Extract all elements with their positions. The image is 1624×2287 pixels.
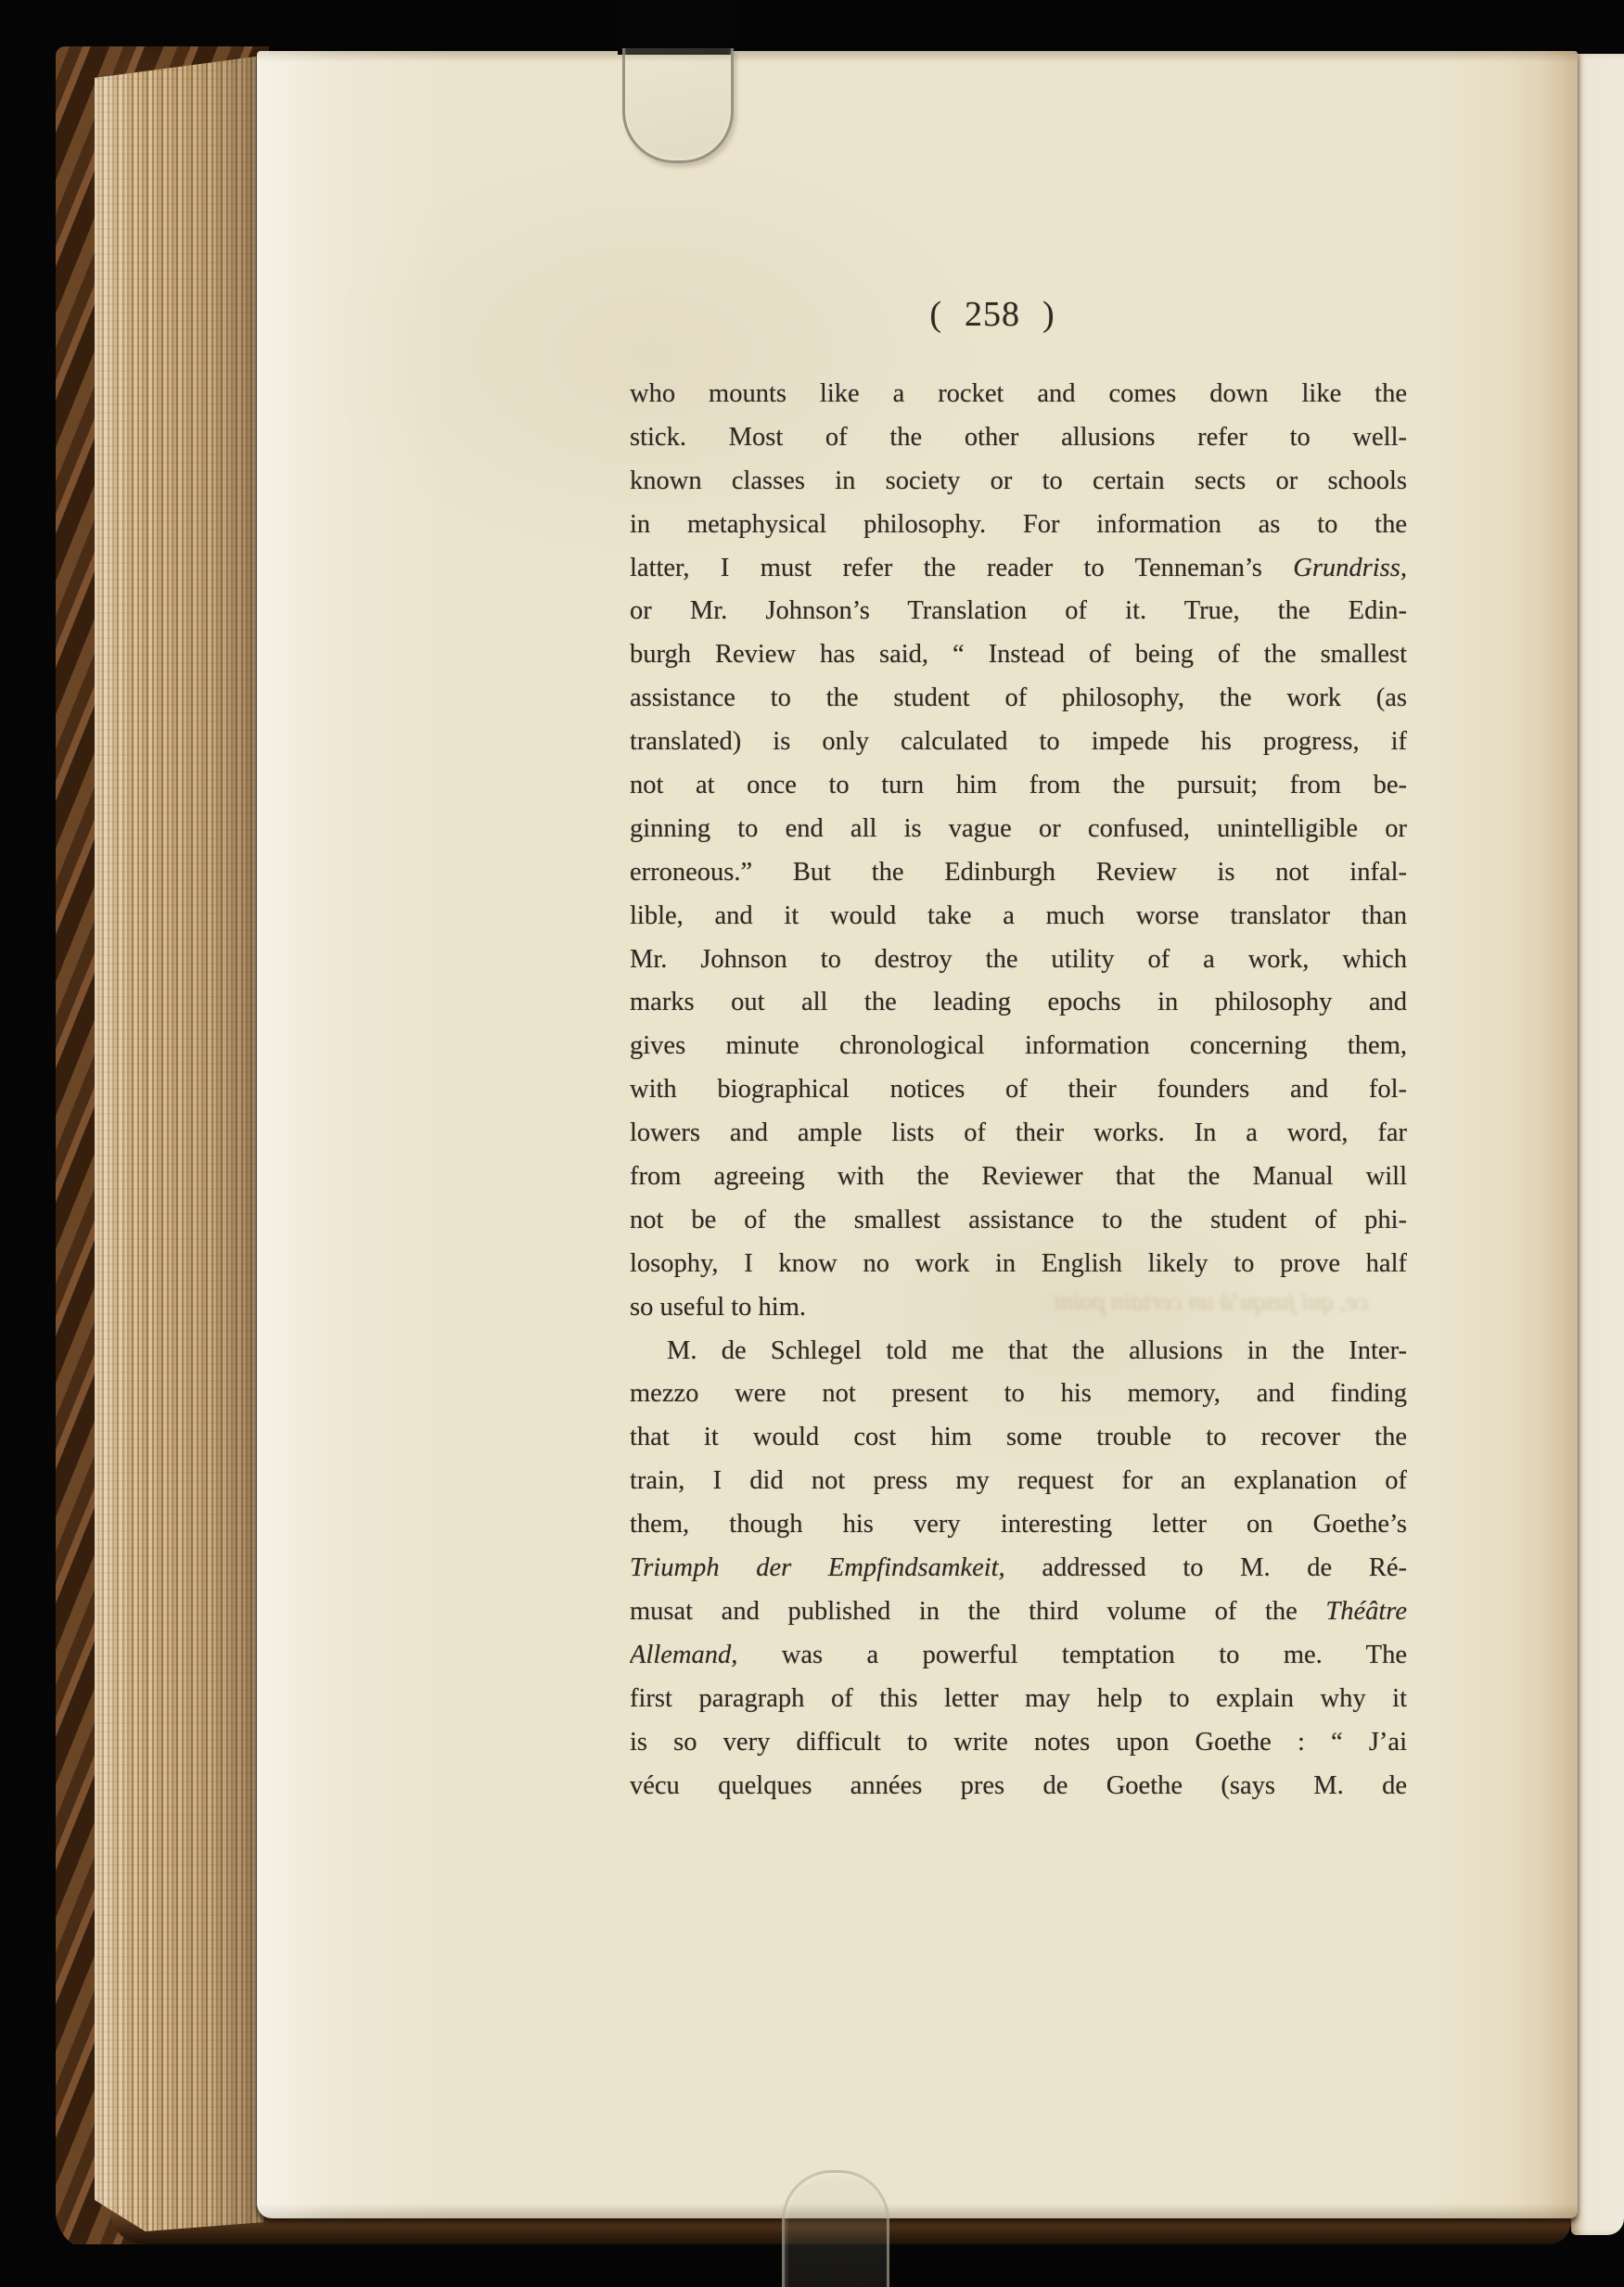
italic-text-segment: Théâtre xyxy=(1325,1597,1407,1626)
text-segment: not be of the smallest assistance to the… xyxy=(630,1206,1407,1234)
text-segment: stick. Most of the other allusions refer… xyxy=(630,423,1407,452)
text-segment: or Mr. Johnson’s Translation of it. True… xyxy=(630,596,1407,625)
text-segment: vécu quelques années pres de Goethe (say… xyxy=(630,1771,1407,1800)
text-segment: them, though his very interesting letter… xyxy=(630,1510,1407,1539)
text-line: is so very difficult to write notes upon… xyxy=(630,1721,1407,1765)
text-segment: latter, I must refer the reader to Tenne… xyxy=(630,554,1293,582)
text-line: musat and published in the third volume … xyxy=(630,1591,1407,1634)
text-line: with biographical notices of their found… xyxy=(630,1068,1407,1112)
text-segment: assistance to the student of philosophy,… xyxy=(630,684,1407,712)
text-line: that it would cost him some trouble to r… xyxy=(630,1416,1407,1460)
page-number: 258 xyxy=(965,295,1020,334)
text-line: or Mr. Johnson’s Translation of it. True… xyxy=(630,590,1407,633)
italic-text-segment: Grundriss, xyxy=(1293,554,1407,582)
text-segment: gives minute chronological information c… xyxy=(630,1031,1407,1060)
text-line: assistance to the student of philosophy,… xyxy=(630,677,1407,721)
text-line: marks out all the leading epochs in phil… xyxy=(630,981,1407,1025)
text-line: translated) is only calculated to impede… xyxy=(630,721,1407,764)
page-stack-fore-edge xyxy=(95,52,263,2233)
text-line: ginning to end all is vague or confused,… xyxy=(630,808,1407,851)
text-segment: lowers and ample lists of their works. I… xyxy=(630,1118,1407,1147)
text-line: Triumph der Empfindsamkeit, addressed to… xyxy=(630,1547,1407,1591)
book-photo-stage: (258) ce, qui jusqu’à un certain point w… xyxy=(0,0,1624,2287)
text-segment: losophy, I know no work in English likel… xyxy=(630,1249,1407,1278)
text-line: burgh Review has said, “ Instead of bein… xyxy=(630,633,1407,677)
text-segment: that it would cost him some trouble to r… xyxy=(630,1423,1407,1451)
text-segment: from agreeing with the Reviewer that the… xyxy=(630,1162,1407,1191)
italic-text-segment: Allemand, xyxy=(630,1641,737,1669)
book-page: (258) ce, qui jusqu’à un certain point w… xyxy=(257,51,1578,2218)
text-segment: translated) is only calculated to impede… xyxy=(630,727,1407,756)
text-line: stick. Most of the other allusions refer… xyxy=(630,416,1407,460)
text-line: mezzo were not present to his memory, an… xyxy=(630,1373,1407,1416)
text-line: not be of the smallest assistance to the… xyxy=(630,1199,1407,1243)
text-line: losophy, I know no work in English likel… xyxy=(630,1243,1407,1286)
top-holder-tab xyxy=(618,0,731,55)
text-segment: marks out all the leading epochs in phil… xyxy=(630,988,1407,1016)
text-line: not at once to turn him from the pursuit… xyxy=(630,764,1407,808)
text-segment: mezzo were not present to his memory, an… xyxy=(630,1379,1407,1408)
text-segment: so useful to him. xyxy=(630,1293,806,1322)
text-line: lowers and ample lists of their works. I… xyxy=(630,1112,1407,1156)
text-segment: erroneous.” But the Edinburgh Review is … xyxy=(630,858,1407,887)
text-line: so useful to him. xyxy=(630,1286,1407,1330)
text-line: gives minute chronological information c… xyxy=(630,1025,1407,1068)
italic-text-segment: Triumph der Empfindsamkeit, xyxy=(630,1553,1005,1582)
text-line: them, though his very interesting letter… xyxy=(630,1503,1407,1547)
text-line: who mounts like a rocket and comes down … xyxy=(630,373,1407,416)
text-segment: M. de Schlegel told me that the allusion… xyxy=(667,1336,1407,1365)
text-line: train, I did not press my request for an… xyxy=(630,1460,1407,1503)
text-line: Mr. Johnson to destroy the utility of a … xyxy=(630,939,1407,982)
text-segment: with biographical notices of their found… xyxy=(630,1075,1407,1104)
text-segment: is so very difficult to write notes upon… xyxy=(630,1728,1407,1757)
page-number-header: (258) xyxy=(918,294,1066,335)
text-line: vécu quelques années pres de Goethe (say… xyxy=(630,1765,1407,1808)
text-line: in metaphysical philosophy. For informat… xyxy=(630,504,1407,547)
text-segment: ginning to end all is vague or confused,… xyxy=(630,814,1407,843)
text-segment: Mr. Johnson to destroy the utility of a … xyxy=(630,945,1407,974)
open-paren: ( xyxy=(929,295,942,334)
text-block: who mounts like a rocket and comes down … xyxy=(630,373,1407,1808)
text-segment: who mounts like a rocket and comes down … xyxy=(630,379,1407,408)
text-segment: not at once to turn him from the pursuit… xyxy=(630,771,1407,799)
text-line: erroneous.” But the Edinburgh Review is … xyxy=(630,851,1407,895)
text-segment: musat and published in the third volume … xyxy=(630,1597,1325,1626)
text-segment: first paragraph of this letter may help … xyxy=(630,1684,1407,1713)
text-line: latter, I must refer the reader to Tenne… xyxy=(630,547,1407,591)
close-paren: ) xyxy=(1042,295,1055,334)
text-segment: known classes in society or to certain s… xyxy=(630,466,1407,495)
text-segment: lible, and it would take a much worse tr… xyxy=(630,901,1407,930)
text-segment: in metaphysical philosophy. For informat… xyxy=(630,510,1407,539)
top-page-holder-clip xyxy=(622,48,734,163)
text-line: lible, and it would take a much worse tr… xyxy=(630,895,1407,939)
text-segment: was a powerful temptation to me. The xyxy=(737,1641,1407,1669)
bottom-page-holder-clip xyxy=(782,2170,889,2287)
text-line: from agreeing with the Reviewer that the… xyxy=(630,1156,1407,1199)
underlying-page-edge xyxy=(1571,54,1624,2235)
text-segment: burgh Review has said, “ Instead of bein… xyxy=(630,640,1407,669)
text-line: Allemand, was a powerful temptation to m… xyxy=(630,1634,1407,1678)
text-line: first paragraph of this letter may help … xyxy=(630,1678,1407,1721)
text-segment: addressed to M. de Ré- xyxy=(1005,1553,1407,1582)
text-line: M. de Schlegel told me that the allusion… xyxy=(630,1330,1407,1373)
text-segment: train, I did not press my request for an… xyxy=(630,1466,1407,1495)
text-line: known classes in society or to certain s… xyxy=(630,460,1407,504)
